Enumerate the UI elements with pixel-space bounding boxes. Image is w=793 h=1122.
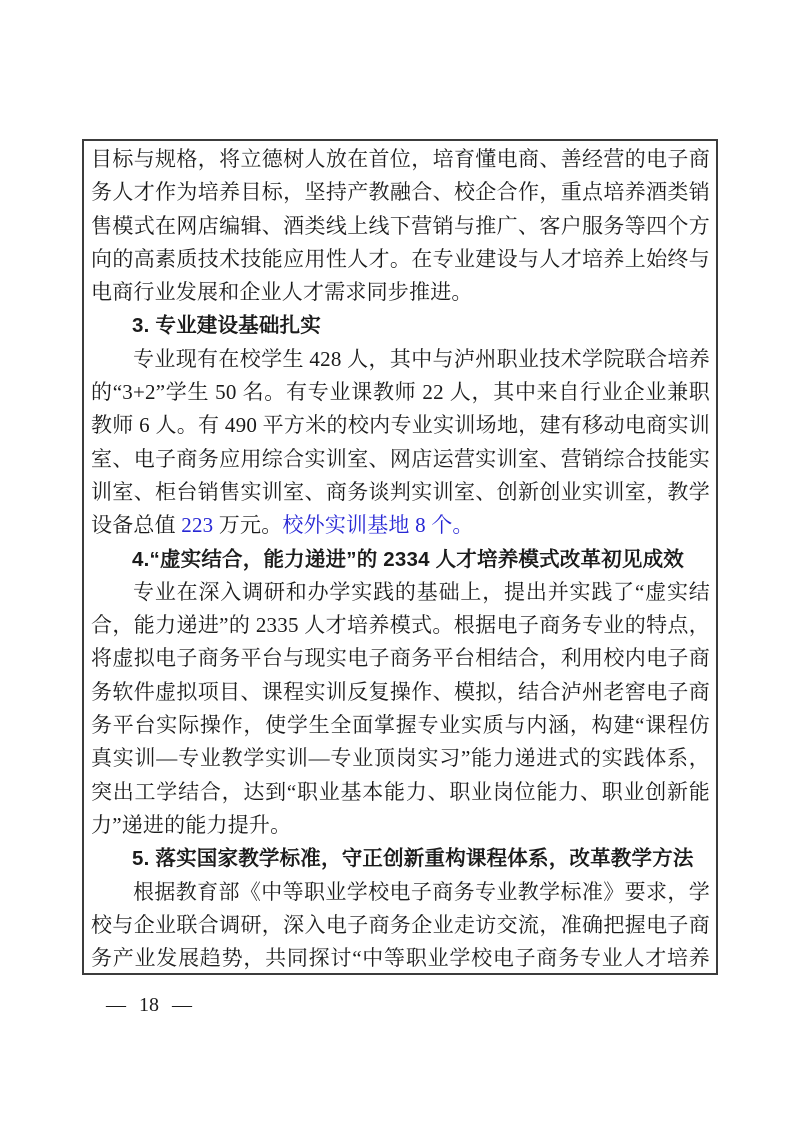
equipment-value-highlight: 223: [181, 513, 213, 537]
off-campus-bases-highlight: 校外实训基地 8 个。: [282, 513, 473, 537]
section-heading-3: 3. 专业建设基础扎实: [91, 309, 710, 342]
document-page: 目标与规格，将立德树人放在首位，培育懂电商、善经营的电子商务人才作为培养目标，坚…: [0, 0, 793, 1122]
paragraph-section-3: 专业现有在校学生 428 人，其中与泸州职业技术学院联合培养的“3+2”学生 5…: [91, 343, 710, 543]
paragraph-section-5: 根据教育部《中等职业学校电子商务专业教学标准》要求，学校与企业联合调研，深入电子…: [91, 876, 710, 975]
text-frame: 目标与规格，将立德树人放在首位，培育懂电商、善经营的电子商务人才作为培养目标，坚…: [82, 139, 718, 975]
section-heading-5: 5. 落实国家教学标准，守正创新重构课程体系，改革教学方法: [91, 842, 710, 875]
page-number: — 18 —: [106, 994, 192, 1017]
section-heading-4: 4.“虚实结合，能力递进”的 2334 人才培养模式改革初见成效: [91, 543, 710, 576]
section-3-text-run-2: 万元。: [213, 513, 282, 537]
page-number-right-dash: —: [172, 994, 192, 1017]
paragraph-section-4: 专业在深入调研和办学实践的基础上，提出并实践了“虚实结合，能力递进”的 2335…: [91, 576, 710, 842]
paragraph-continuation: 目标与规格，将立德树人放在首位，培育懂电商、善经营的电子商务人才作为培养目标，坚…: [91, 143, 710, 309]
page-number-value: 18: [139, 994, 159, 1017]
section-3-text-run: 专业现有在校学生 428 人，其中与泸州职业技术学院联合培养的“3+2”学生 5…: [91, 347, 710, 537]
page-number-left-dash: —: [106, 994, 126, 1017]
